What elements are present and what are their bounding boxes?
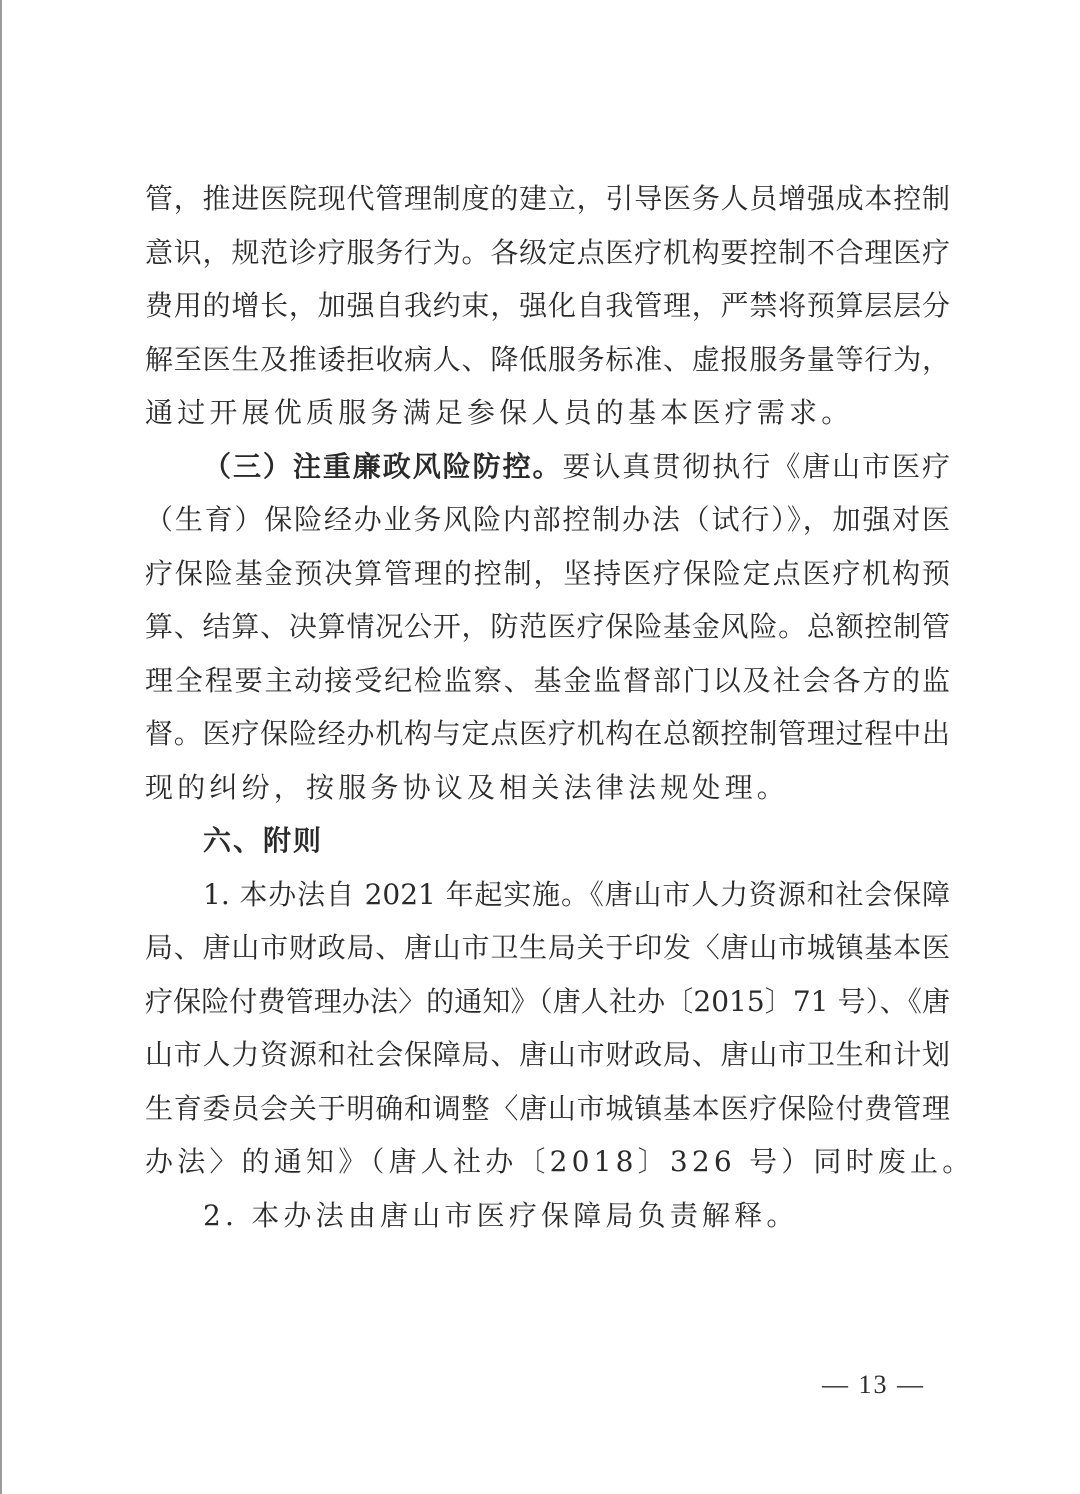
text-line: 解至医生及推诿拒收病人、降低服务标准、虚报服务量等行为， bbox=[145, 333, 950, 387]
text-line: 通过开展优质服务满足参保人员的基本医疗需求。 bbox=[145, 386, 950, 440]
section-3-title: （三）注重廉政风险防控。 bbox=[203, 450, 563, 483]
text-line: 1. 本办法自 2021 年起实施。《唐山市人力资源和社会保障 bbox=[145, 868, 950, 922]
chapter-6-item-2: 2. 本办法由唐山市医疗保障局负责解释。 bbox=[145, 1189, 950, 1243]
text-line: 督。医疗保险经办机构与定点医疗机构在总额控制管理过程中出 bbox=[145, 707, 950, 761]
text-line: 理全程要主动接受纪检监察、基金监督部门以及社会各方的监 bbox=[145, 654, 950, 708]
text-line: 2. 本办法由唐山市医疗保障局负责解释。 bbox=[145, 1189, 950, 1243]
chapter-6: 六、附则 1. 本办法自 2021 年起实施。《唐山市人力资源和社会保障 局、唐… bbox=[145, 814, 950, 1242]
page-left-edge bbox=[0, 0, 2, 1494]
text-line: （生育）保险经办业务风险内部控制办法（试行）》，加强对医 bbox=[145, 493, 950, 547]
chapter-6-item-1: 1. 本办法自 2021 年起实施。《唐山市人力资源和社会保障 局、唐山市财政局… bbox=[145, 868, 950, 1189]
text-line: 办法〉的通知》（唐人社办〔2018〕326 号）同时废止。 bbox=[145, 1135, 950, 1189]
page-number: — 13 — bbox=[822, 1370, 925, 1400]
text-line: 疗保险付费管理办法〉的通知》（唐人社办〔2015〕71 号）、《唐 bbox=[145, 975, 950, 1029]
text-line: 意识，规范诊疗服务行为。各级定点医疗机构要控制不合理医疗 bbox=[145, 226, 950, 280]
text-line: 生育委员会关于明确和调整〈唐山市城镇基本医疗保险付费管理 bbox=[145, 1082, 950, 1136]
document-page: 管，推进医院现代管理制度的建立，引导医务人员增强成本控制 意识，规范诊疗服务行为… bbox=[145, 172, 950, 1242]
text-line: 疗保险基金预决算管理的控制，坚持医疗保险定点医疗机构预 bbox=[145, 547, 950, 601]
section-3-text: 要认真贯彻执行《唐山市医疗 bbox=[563, 450, 951, 483]
text-line: 现的纠纷，按服务协议及相关法律法规处理。 bbox=[145, 761, 950, 815]
text-line: 算、结算、决算情况公开，防范医疗保险基金风险。总额控制管 bbox=[145, 600, 950, 654]
chapter-6-heading: 六、附则 bbox=[145, 814, 950, 868]
section-3-first-line: （三）注重廉政风险防控。要认真贯彻执行《唐山市医疗 bbox=[145, 440, 950, 494]
text-line: 管，推进医院现代管理制度的建立，引导医务人员增强成本控制 bbox=[145, 172, 950, 226]
paragraph-continued: 管，推进医院现代管理制度的建立，引导医务人员增强成本控制 意识，规范诊疗服务行为… bbox=[145, 172, 950, 440]
text-line: 山市人力资源和社会保障局、唐山市财政局、唐山市卫生和计划 bbox=[145, 1028, 950, 1082]
section-3-paragraph: （三）注重廉政风险防控。要认真贯彻执行《唐山市医疗 （生育）保险经办业务风险内部… bbox=[145, 440, 950, 815]
text-line: 局、唐山市财政局、唐山市卫生局关于印发〈唐山市城镇基本医 bbox=[145, 921, 950, 975]
text-line: 费用的增长，加强自我约束，强化自我管理，严禁将预算层层分 bbox=[145, 279, 950, 333]
